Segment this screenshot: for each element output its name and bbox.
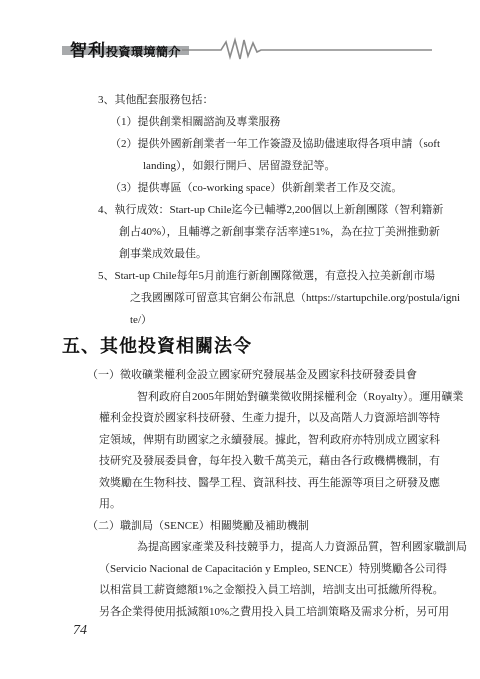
page-body: 3、其他配套服務包括：（1）提供創業相關諮詢及專業服務（2）提供外國新創業者一年…	[0, 89, 480, 623]
text-line: 為提高國家產業及科技競爭力，提高人力資源品質，智利國家職訓局	[137, 537, 427, 559]
header-title: 智利 投資環境簡介	[70, 36, 181, 61]
text-line: 之我國團隊可留意其官網公布訊息（https://startupchile.org…	[130, 287, 427, 309]
text-line: 3、其他配套服務包括：	[98, 89, 427, 111]
text-line: 權利金投資於國家科技研發、生產力提升，以及高階人力資源培訓等特	[99, 408, 427, 430]
page-number: 74	[73, 623, 87, 639]
text-line: landing），如銀行開戶、居留證登記等。	[143, 155, 427, 177]
text-line: 4、執行成效：Start-up Chile迄今已輔導2,200個以上新創團隊（智…	[98, 199, 427, 221]
document-page: 智利 投資環境簡介 3、其他配套服務包括：（1）提供創業相關諮詢及專業服務（2）…	[0, 0, 480, 679]
text-line: te/）	[130, 309, 427, 331]
text-line: 創事業成效最佳。	[119, 243, 427, 265]
text-line: 效獎勵在生物科技、醫學工程、資訊科技、再生能源等項目之研發及應	[99, 473, 427, 495]
text-line: 用。	[99, 494, 427, 516]
text-line: （2）提供外國新創業者一年工作簽證及協助儘速取得各項申請（soft	[110, 133, 427, 155]
text-line: 創占40%），且輔導之新創事業存活率達51%，為在拉丁美洲推動新	[119, 221, 427, 243]
header-title-main: 智利	[70, 36, 106, 61]
text-line: （Servicio Nacional de Capacitación y Emp…	[99, 559, 427, 581]
text-lines: 3、其他配套服務包括：（1）提供創業相關諮詢及專業服務（2）提供外國新創業者一年…	[0, 89, 480, 623]
page-header: 智利 投資環境簡介	[0, 0, 480, 70]
text-line: （1）提供創業相關諮詢及專業服務	[110, 111, 427, 133]
header-title-sub: 投資環境簡介	[106, 43, 181, 60]
text-line: 定領域，俾期有助國家之永續發展。據此，智利政府亦特別成立國家科	[99, 430, 427, 452]
subsection-heading: （一）徵收礦業權利金設立國家研究發展基金及國家科技研發委員會	[87, 365, 427, 387]
text-line: 技研究及發展委員會，每年投入數千萬美元，藉由各行政機構機制，有	[99, 451, 427, 473]
text-line: 以相當員工薪資總額1%之金額投入員工培訓，培訓支出可抵繳所得稅。	[99, 580, 427, 602]
text-line: 另各企業得使用抵減額10%之費用投入員工培訓策略及需求分析，另可用	[99, 602, 427, 624]
text-line: （3）提供專區（co-working space）供新創業者工作及交流。	[110, 177, 427, 199]
section-heading: 五、其他投資相關法令	[62, 333, 422, 359]
text-line: 智利政府自2005年開始對礦業徵收開採權利金（Royalty）。運用礦業	[137, 387, 427, 409]
subsection-heading: （二）職訓局（SENCE）相關獎勵及補助機制	[87, 516, 427, 538]
header-zigzag-rule-icon	[182, 37, 432, 63]
text-line: 5、Start-up Chile每年5月前進行新創團隊徵選，有意投入拉美新創市場	[98, 265, 427, 287]
